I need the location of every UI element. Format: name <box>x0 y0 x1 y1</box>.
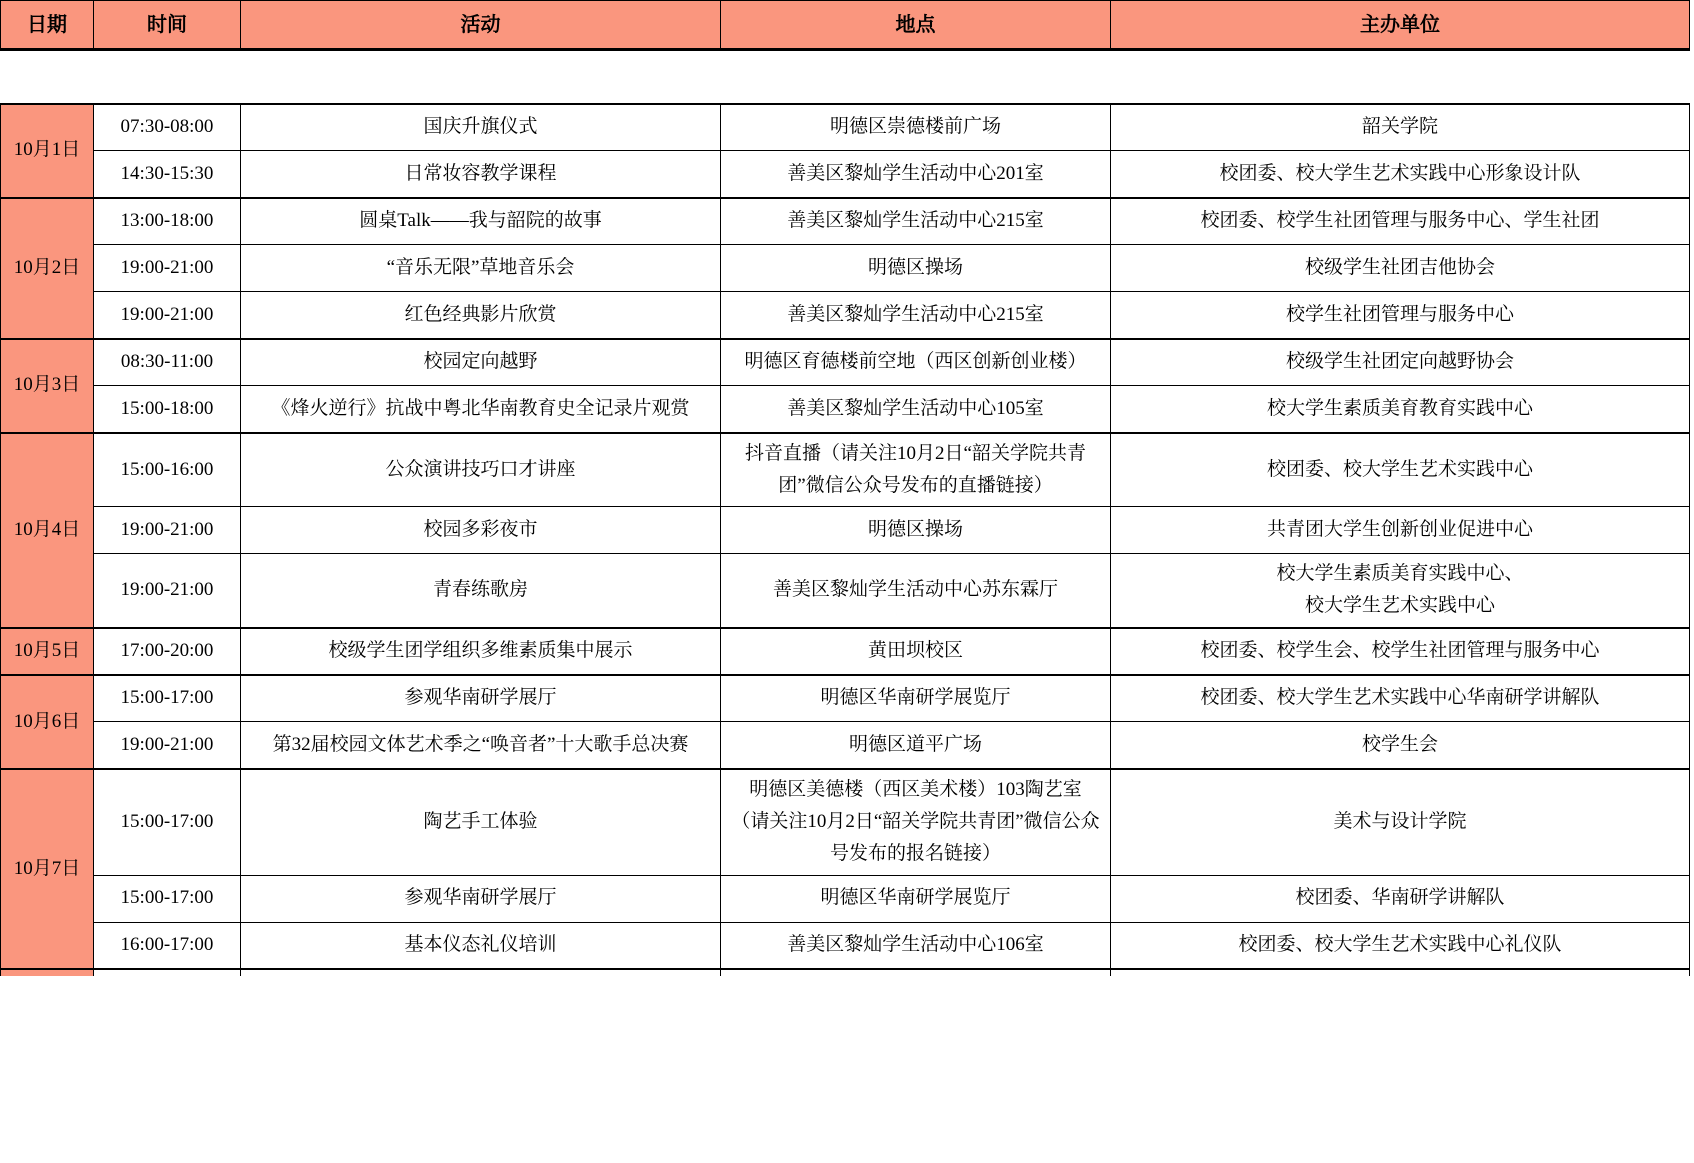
column-header-location: 地点 <box>721 1 1111 50</box>
organizer-cell: 美术与设计学院 <box>1111 769 1690 875</box>
location-cell: 明德区华南研学展览厅 <box>721 675 1111 722</box>
date-cell: 10月4日 <box>1 433 94 628</box>
time-cell: 15:00-17:00 <box>94 769 241 875</box>
location-cell: 善美区黎灿学生活动中心215室 <box>721 292 1111 339</box>
date-cell: 10月5日 <box>1 628 94 675</box>
organizer-cell: 韶关学院 <box>1111 104 1690 151</box>
time-cell: 14:30-15:30 <box>94 151 241 198</box>
activity-cell: 基本仪态礼仪培训 <box>241 922 721 969</box>
spacer-row <box>1 50 1690 104</box>
table-row: 15:00-18:00《烽火逆行》抗战中粤北华南教育史全记录片观赏善美区黎灿学生… <box>1 386 1690 433</box>
location-cell: 善美区黎灿学生活动中心215室 <box>721 198 1111 245</box>
time-cell: 19:00-21:00 <box>94 245 241 292</box>
location-cell: 明德区育德楼前空地（西区创新创业楼） <box>721 339 1111 386</box>
location-cell: 明德区操场 <box>721 245 1111 292</box>
column-header-date: 日期 <box>1 1 94 50</box>
activity-cell: 参观华南研学展厅 <box>241 675 721 722</box>
organizer-cell: 校级学生社团定向越野协会 <box>1111 339 1690 386</box>
empty-cell <box>1111 969 1690 976</box>
schedule-table: 日期时间活动地点主办单位 10月1日07:30-08:00国庆升旗仪式明德区崇德… <box>0 0 1690 976</box>
organizer-cell: 校级学生社团吉他协会 <box>1111 245 1690 292</box>
time-cell: 19:00-21:00 <box>94 554 241 628</box>
table-row: 19:00-21:00校园多彩夜市明德区操场共青团大学生创新创业促进中心 <box>1 507 1690 554</box>
table-row: 10月4日15:00-16:00公众演讲技巧口才讲座抖音直播（请关注10月2日“… <box>1 433 1690 507</box>
organizer-cell: 校大学生素质美育实践中心、 校大学生艺术实践中心 <box>1111 554 1690 628</box>
table-row: 10月3日08:30-11:00校园定向越野明德区育德楼前空地（西区创新创业楼）… <box>1 339 1690 386</box>
column-header-time: 时间 <box>94 1 241 50</box>
location-cell: 明德区华南研学展览厅 <box>721 875 1111 922</box>
table-row: 10月7日15:00-17:00陶艺手工体验明德区美德楼（西区美术楼）103陶艺… <box>1 769 1690 875</box>
table-row: 19:00-21:00第32届校园文体艺术季之“唤音者”十大歌手总决赛明德区道平… <box>1 722 1690 769</box>
table-row: 19:00-21:00青春练歌房善美区黎灿学生活动中心苏东霖厅校大学生素质美育实… <box>1 554 1690 628</box>
date-cell: 10月2日 <box>1 198 94 339</box>
activity-cell: 国庆升旗仪式 <box>241 104 721 151</box>
location-cell: 抖音直播（请关注10月2日“韶关学院共青团”微信公众号发布的直播链接） <box>721 433 1111 507</box>
organizer-cell: 校团委、校学生会、校学生社团管理与服务中心 <box>1111 628 1690 675</box>
table-row: 19:00-21:00“音乐无限”草地音乐会明德区操场校级学生社团吉他协会 <box>1 245 1690 292</box>
table-row: 10月2日13:00-18:00圆桌Talk——我与韶院的故事善美区黎灿学生活动… <box>1 198 1690 245</box>
organizer-cell: 校学生社团管理与服务中心 <box>1111 292 1690 339</box>
activity-cell: 参观华南研学展厅 <box>241 875 721 922</box>
table-row: 19:00-21:00红色经典影片欣赏善美区黎灿学生活动中心215室校学生社团管… <box>1 292 1690 339</box>
time-cell: 07:30-08:00 <box>94 104 241 151</box>
activity-cell: 红色经典影片欣赏 <box>241 292 721 339</box>
time-cell: 15:00-18:00 <box>94 386 241 433</box>
table-row: 10月1日07:30-08:00国庆升旗仪式明德区崇德楼前广场韶关学院 <box>1 104 1690 151</box>
activity-cell: 公众演讲技巧口才讲座 <box>241 433 721 507</box>
location-cell: 善美区黎灿学生活动中心苏东霖厅 <box>721 554 1111 628</box>
table-row: 14:30-15:30日常妆容教学课程善美区黎灿学生活动中心201室校团委、校大… <box>1 151 1690 198</box>
empty-cell <box>241 969 721 976</box>
partial-row <box>1 969 1690 976</box>
date-cell: 10月7日 <box>1 769 94 969</box>
column-header-organizer: 主办单位 <box>1111 1 1690 50</box>
empty-cell <box>94 969 241 976</box>
table-row: 16:00-17:00基本仪态礼仪培训善美区黎灿学生活动中心106室校团委、校大… <box>1 922 1690 969</box>
activity-cell: 圆桌Talk——我与韶院的故事 <box>241 198 721 245</box>
time-cell: 15:00-16:00 <box>94 433 241 507</box>
time-cell: 19:00-21:00 <box>94 292 241 339</box>
activity-cell: 青春练歌房 <box>241 554 721 628</box>
time-cell: 08:30-11:00 <box>94 339 241 386</box>
activity-cell: 日常妆容教学课程 <box>241 151 721 198</box>
date-cell <box>1 969 94 976</box>
empty-cell <box>721 969 1111 976</box>
activity-cell: 陶艺手工体验 <box>241 769 721 875</box>
location-cell: 黄田坝校区 <box>721 628 1111 675</box>
header-row: 日期时间活动地点主办单位 <box>1 1 1690 50</box>
organizer-cell: 校学生会 <box>1111 722 1690 769</box>
organizer-cell: 校团委、校大学生艺术实践中心形象设计队 <box>1111 151 1690 198</box>
time-cell: 17:00-20:00 <box>94 628 241 675</box>
date-cell: 10月1日 <box>1 104 94 198</box>
column-header-activity: 活动 <box>241 1 721 50</box>
spacer-cell <box>1 50 1690 104</box>
time-cell: 15:00-17:00 <box>94 875 241 922</box>
organizer-cell: 校团委、校大学生艺术实践中心 <box>1111 433 1690 507</box>
organizer-cell: 校大学生素质美育教育实践中心 <box>1111 386 1690 433</box>
organizer-cell: 校团委、校大学生艺术实践中心华南研学讲解队 <box>1111 675 1690 722</box>
time-cell: 16:00-17:00 <box>94 922 241 969</box>
time-cell: 19:00-21:00 <box>94 507 241 554</box>
organizer-cell: 校团委、校大学生艺术实践中心礼仪队 <box>1111 922 1690 969</box>
activity-cell: 校级学生团学组织多维素质集中展示 <box>241 628 721 675</box>
time-cell: 15:00-17:00 <box>94 675 241 722</box>
table-row: 10月6日15:00-17:00参观华南研学展厅明德区华南研学展览厅校团委、校大… <box>1 675 1690 722</box>
location-cell: 明德区道平广场 <box>721 722 1111 769</box>
date-cell: 10月3日 <box>1 339 94 433</box>
location-cell: 善美区黎灿学生活动中心105室 <box>721 386 1111 433</box>
time-cell: 13:00-18:00 <box>94 198 241 245</box>
table-row: 15:00-17:00参观华南研学展厅明德区华南研学展览厅校团委、华南研学讲解队 <box>1 875 1690 922</box>
organizer-cell: 校团委、华南研学讲解队 <box>1111 875 1690 922</box>
location-cell: 善美区黎灿学生活动中心106室 <box>721 922 1111 969</box>
location-cell: 明德区美德楼（西区美术楼）103陶艺室 （请关注10月2日“韶关学院共青团”微信… <box>721 769 1111 875</box>
activity-cell: 《烽火逆行》抗战中粤北华南教育史全记录片观赏 <box>241 386 721 433</box>
location-cell: 善美区黎灿学生活动中心201室 <box>721 151 1111 198</box>
location-cell: 明德区崇德楼前广场 <box>721 104 1111 151</box>
organizer-cell: 共青团大学生创新创业促进中心 <box>1111 507 1690 554</box>
activity-cell: 第32届校园文体艺术季之“唤音者”十大歌手总决赛 <box>241 722 721 769</box>
location-cell: 明德区操场 <box>721 507 1111 554</box>
table-row: 10月5日17:00-20:00校级学生团学组织多维素质集中展示黄田坝校区校团委… <box>1 628 1690 675</box>
activity-cell: 校园定向越野 <box>241 339 721 386</box>
time-cell: 19:00-21:00 <box>94 722 241 769</box>
schedule-table-header: 日期时间活动地点主办单位 <box>1 1 1690 50</box>
activity-cell: 校园多彩夜市 <box>241 507 721 554</box>
date-cell: 10月6日 <box>1 675 94 769</box>
schedule-page: 日期时间活动地点主办单位 10月1日07:30-08:00国庆升旗仪式明德区崇德… <box>0 0 1694 1163</box>
activity-cell: “音乐无限”草地音乐会 <box>241 245 721 292</box>
organizer-cell: 校团委、校学生社团管理与服务中心、学生社团 <box>1111 198 1690 245</box>
schedule-table-body: 10月1日07:30-08:00国庆升旗仪式明德区崇德楼前广场韶关学院14:30… <box>1 50 1690 977</box>
